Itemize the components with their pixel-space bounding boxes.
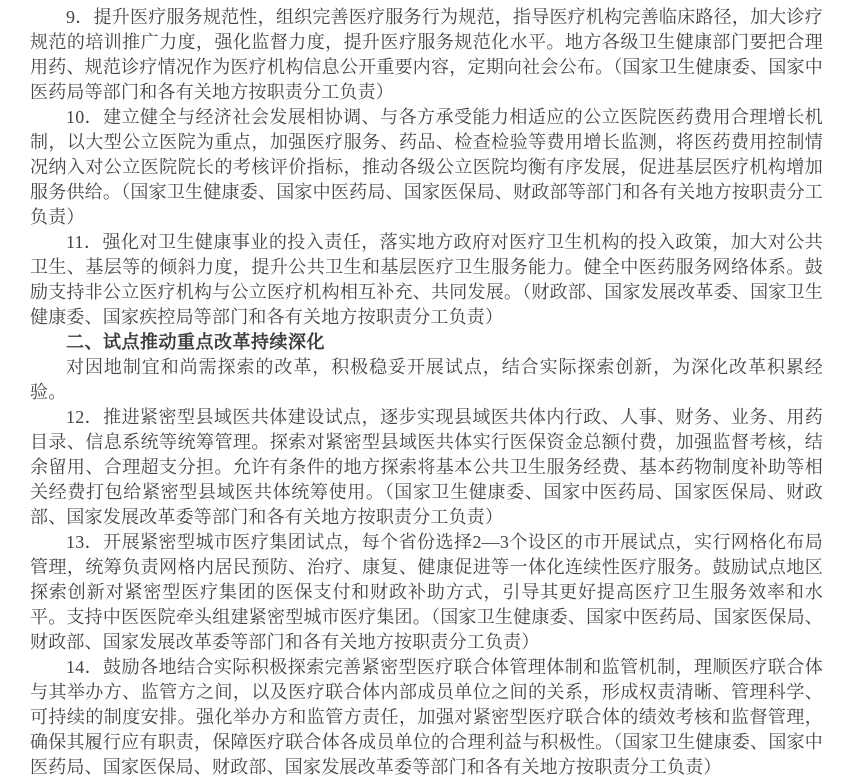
paragraph-item-11: 11．强化对卫生健康事业的投入责任，落实地方政府对医疗卫生机构的投入政策，加大对… — [30, 230, 823, 330]
document-page: 9．提升医疗服务规范性，组织完善医疗服务行为规范，指导医疗机构完善临床路径，加大… — [0, 0, 853, 781]
paragraph-item-10: 10．建立健全与经济社会发展相协调、与各方承受能力相适应的公立医院医药费用合理增… — [30, 105, 823, 230]
paragraph-item-12: 12．推进紧密型县域医共体建设试点，逐步实现县域医共体内行政、人事、财务、业务、… — [30, 405, 823, 530]
paragraph-item-13: 13．开展紧密型城市医疗集团试点，每个省份选择2—3个设区的市开展试点，实行网格… — [30, 530, 823, 655]
paragraph-intro-section-2: 对因地制宜和尚需探索的改革，积极稳妥开展试点，结合实际探索创新，为深化改革积累经… — [30, 355, 823, 405]
paragraph-item-9: 9．提升医疗服务规范性，组织完善医疗服务行为规范，指导医疗机构完善临床路径，加大… — [30, 5, 823, 105]
paragraph-item-14: 14．鼓励各地结合实际积极探索完善紧密型医疗联合体管理体制和监管机制，理顺医疗联… — [30, 655, 823, 780]
section-heading-2: 二、试点推动重点改革持续深化 — [30, 330, 823, 355]
